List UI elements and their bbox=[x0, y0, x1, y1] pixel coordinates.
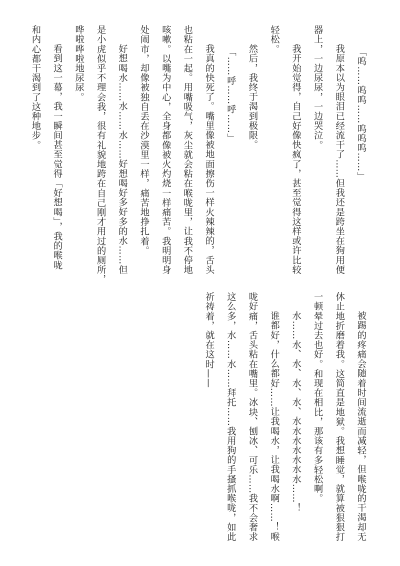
text-line: 咙好痛，舌头粘在嘴里。冰块、刨冰、可乐……我不会奢求 bbox=[241, 292, 263, 546]
document-page: 「呜……呜呜……呜呜呜……」 我原本以为眼泪已经流干了……但我还是跨坐在狗用便 … bbox=[0, 0, 400, 566]
text-line: 好想喝水……水……水……好想喝好多好多的水……但 bbox=[111, 25, 133, 279]
text-line: 也粘在一起。用嘴吸气，灰尘就会粘在喉咙里，让我不停地 bbox=[176, 25, 198, 279]
text-line: 休止地折磨着我。这简直是地狱。我想睡觉，就算被狠狠打 bbox=[328, 292, 350, 546]
text-line: 然后，我终于渴到极限。 bbox=[241, 25, 263, 279]
text-line: 我开始觉得，自己好像快疯了，甚至觉得这样或许比较 bbox=[284, 25, 306, 279]
text-line: 被踢的疼痛会随着时间流逝而减轻，但喉咙的干渴却无 bbox=[349, 292, 371, 546]
text-line: 器上，一边尿尿，一边哭泣。 bbox=[306, 25, 328, 279]
text-line: 一顿晕过去也好。和现在相比，那该有多轻松啊。 bbox=[306, 292, 328, 546]
text-line: 看到这一幕，我一瞬间甚至觉得「好想喝」，我的喉咙 bbox=[45, 25, 67, 279]
text-line: 轻松。 bbox=[262, 25, 284, 279]
text-line: 是小虎似乎不理会我，很有礼貌地跨在自己刚才用过的厕所， bbox=[89, 25, 111, 279]
text-line: 「呜……呜呜……呜呜呜……」 bbox=[349, 25, 371, 279]
text-line: 谁都好，什么都好……让我喝水，让我喝水啊……！喉 bbox=[262, 292, 284, 546]
text-line: 这么多，水……水……拜托……我用狗的手搔抓喉咙，如此 bbox=[219, 292, 241, 546]
text-block-top: 「呜……呜呜……呜呜呜……」 我原本以为眼泪已经流干了……但我还是跨坐在狗用便 … bbox=[24, 25, 371, 279]
text-line: 和内心都干渴到了这种地步。 bbox=[24, 25, 46, 279]
text-line: 咳嗽。以嘴为中心，全身都像被火灼烧一样痛苦。我明明身 bbox=[154, 25, 176, 279]
text-line: 祈祷着，就在这时—— bbox=[197, 292, 219, 546]
text-line: 「……呼……呼……」 bbox=[219, 25, 241, 279]
text-line: 我真的快死了。嘴里像被地面擦伤一样火辣辣的，舌头 bbox=[197, 25, 219, 279]
text-line: 水……水、水、水、水、水水水水水水水……！ bbox=[284, 292, 306, 546]
text-line: 我原本以为眼泪已经流干了……但我还是跨坐在狗用便 bbox=[328, 25, 350, 279]
text-block-bottom: 被踢的疼痛会随着时间流逝而减轻，但喉咙的干渴却无 休止地折磨着我。这简直是地狱。… bbox=[197, 292, 371, 546]
text-line: 处闹市，却像被独自丢在沙漠里一样，痛苦地挣扎着。 bbox=[132, 25, 154, 279]
text-line: 哗啦哗啦地尿尿。 bbox=[67, 25, 89, 279]
